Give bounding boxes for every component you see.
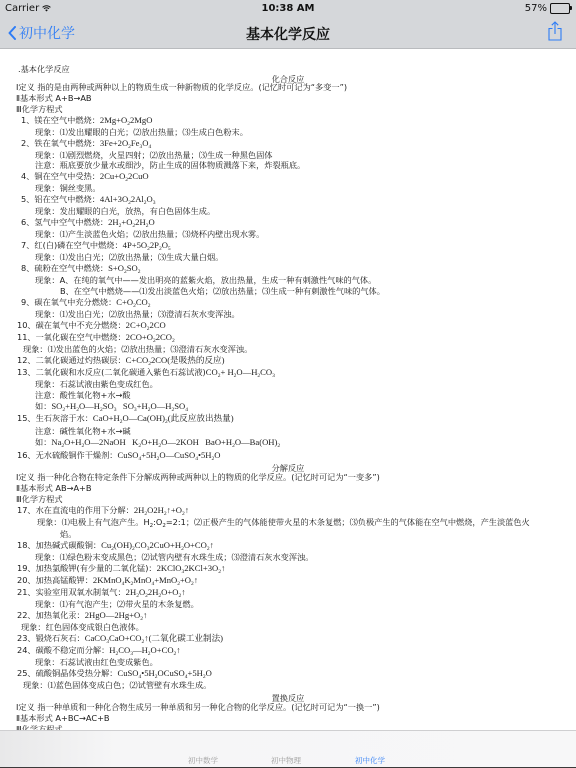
document-line: 2、铁在氧气中燃烧：3Fe+2O2Fe3O4 [21,138,151,149]
line-text: 现象：⑴产生淡蓝色火焰；⑵放出热量；⑶烧杯内壁出现水雾。 [35,229,264,239]
chemical-equation: 2H2O2H2↑+O2↑ [134,505,189,515]
document-line: 现象：⑴发出白光；⑵放出热量；⑶澄清石灰水变浑浊。 [35,309,240,320]
line-text: 4、铜在空气中受热： [21,171,100,181]
battery-percent: 57% [525,3,547,14]
line-text: 18、加热碱式碳酸铜： [17,540,101,550]
line-text: 现象：⑴有气泡产生；⑵带火星的木条复燃。 [35,599,199,609]
document-line: 现象：石蕊试液由红色变成紫色。 [35,657,158,668]
chemical-equation: Cu2(OH)2CO32CuO+H2O+CO2↑ [101,540,214,550]
line-text: 如： [35,401,51,411]
chemical-equation: H2CO3—H2O+CO2↑ [109,645,180,655]
document-line: Ⅰ定义 指一种单质和一种化合物生成另一种单质和另一种化合物的化学反应。(记忆时可… [16,702,380,713]
chemical-equation: 2Mg+O22MgO [100,115,153,125]
line-text: 现象：⑴发出白光；⑵放出热量；⑶生成大量白烟。 [35,252,223,262]
document-line: 11、一氧化碳在空气中燃烧：2CO+O22CO2 [17,332,175,343]
line-text: 15、生石灰溶于水： [17,413,93,423]
document-line: 8、硫粉在空气中燃烧：S+O2SO2 [21,263,140,274]
line-text: 现象：铜丝变黑。 [35,183,101,193]
line-text: 现象：⑴发出耀眼的白光；⑵放出热量；⑶生成白色粉末。 [35,127,248,137]
line-text: 现象：⑴绿色粉末变成黑色；⑵试管内壁有水珠生成；⑶澄清石灰水变浑浊。 [35,552,313,562]
line-text: 注意：瓶底要放少量水或细沙，防止生成的固体物质溅落下来，炸裂瓶底。 [35,160,305,170]
line-text: 17、水在直流电的作用下分解： [17,505,134,515]
document-line: 23、锻烧石灰石：CaCO3CaO+CO2↑(二氧化碳工业制法) [17,633,223,644]
clock: 10:38 AM [0,3,576,14]
document-line: Ⅲ化学方程式 [16,494,63,505]
document-line: 现象：石蕊试液由紫色变成红色。 [35,379,158,390]
share-button[interactable] [548,21,562,45]
line-text: 注意：碱性氧化物+水→碱 [35,426,131,436]
chemical-equation: 4P+5O22P2O5 [123,240,171,250]
line-text: 9、碳在氧气中充分燃烧： [21,297,116,307]
line-text: 13、二氧化碳和水反应(二氧化碳通入紫色石蕊试液) [17,367,206,377]
line-text: 24、碳酸不稳定而分解： [17,645,109,655]
status-bar: Carrier 10:38 AM 57% [0,0,576,18]
chemical-equation: CuSO4+5H2O—CuSO4•5H2O [117,450,220,460]
navigation-bar: 初中化学 基本化学反应 [0,18,576,49]
line-text: 1、镁在空气中燃烧： [21,115,100,125]
document-line: 注意：瓶底要放少量水或细沙，防止生成的固体物质溅落下来，炸裂瓶底。 [35,160,305,171]
line-text: 现象：发出耀眼的白光，放热，有白色固体生成。 [35,206,215,216]
document-line: 现象：⑴电极上有气泡产生。H2:O2=2:1；⑵正极产生的气体能使带火星的木条复… [37,517,530,528]
tab-math[interactable]: 初中数学 [188,755,218,766]
battery-icon [550,3,570,14]
chemical-equation: 4Al+3O22Al2O3 [100,194,156,204]
line-text: 16、无水硫酸铜作干燥剂： [17,450,117,460]
document-line: 现象：⑴绿色粉末变成黑色；⑵试管内壁有水珠生成；⑶澄清石灰水变浑浊。 [35,552,313,563]
line-text: 现象：⑴发出蓝色的火焰；⑵放出热量；⑶澄清石灰水变浑浊。 [23,344,252,354]
line-text: 20、加热高锰酸钾： [17,575,93,585]
line-text: B、在空气中燃烧——⑴发出淡蓝色火焰；⑵放出热量；⑶生成一种有刺激性气味的气体。 [60,286,385,296]
document-line: 现象：发出耀眼的白光，放热，有白色固体生成。 [35,206,215,217]
line-text: 21、实验室用双氧水制氧气： [17,587,126,597]
document-line: 现象：⑴有气泡产生；⑵带火星的木条复燃。 [35,599,199,610]
document-line: Ⅱ基本形式 A+B→AB [16,93,92,104]
document-line: 25、硫酸铜晶体受热分解：CuSO4•5H2OCuSO4+5H2O [17,668,212,679]
document-line: 6、氢气中空气中燃烧：2H2+O22H2O [21,217,155,228]
line-text: Ⅱ基本形式 A+B→AB [16,93,92,103]
line-text: 5、铝在空气中燃烧： [21,194,100,204]
document-line: Ⅰ定义 指的是由两种或两种以上的物质生成一种新物质的化学反应。(记忆时可记为“多… [16,82,347,93]
document-line: B、在空气中燃烧——⑴发出淡蓝色火焰；⑵放出热量；⑶生成一种有刺激性气味的气体。 [60,286,385,297]
page-title: 基本化学反应 [0,24,576,44]
line-text: Ⅱ基本形式 AB→A+B [16,483,92,493]
chemical-equation: CaO+H2O—Ca(OH)2(此反应放出热量) [93,413,234,423]
line-text: Ⅰ定义 指一种化合物在特定条件下分解成两种或两种以上的物质的化学反应。(记忆时可… [16,472,380,482]
line-text: Ⅱ基本形式 A+BC→AC+B [16,713,110,723]
document-line: 注意：酸性氧化物+水→酸 [35,390,131,401]
document-line: 现象：铜丝变黑。 [35,183,101,194]
document-line: 现象：红色固体变成银白色液体。 [21,622,144,633]
document-content[interactable]: .基本化学反应化合反应Ⅰ定义 指的是由两种或两种以上的物质生成一种新物质的化学反… [0,60,576,730]
document-line: 现象：⑴发出耀眼的白光；⑵放出热量；⑶生成白色粉末。 [35,127,248,138]
document-line: 如：SO2+H2O—H2SO3 SO3+H2O—H2SO4 [35,401,188,412]
line-text: 6、氢气中空气中燃烧： [21,217,108,227]
line-text: 7、红(白)磷在空气中燃烧： [21,240,123,250]
share-icon [548,21,562,41]
tab-physics[interactable]: 初中物理 [271,755,301,766]
line-text: 现象：石蕊试液由红色变成紫色。 [35,657,158,667]
chemical-equation: C+O2CO2 [116,297,150,307]
document-line: 1、镁在空气中燃烧：2Mg+O22MgO [21,115,152,126]
document-line: 4、铜在空气中受热：2Cu+O22CuO [21,171,149,182]
document-line: 19、加热氯酸钾(有少量的二氧化锰)：2KClO32KCl+3O2↑ [17,563,225,574]
document-line: 7、红(白)磷在空气中燃烧：4P+5O22P2O5 [21,240,171,251]
chemical-equation: CuSO4•5H2OCuSO4+5H2O [117,668,211,678]
chemical-equation: 2Cu+O22CuO [100,171,149,181]
document-line: 18、加热碱式碳酸铜：Cu2(OH)2CO32CuO+H2O+CO2↑ [17,540,214,551]
chemical-equation: 2KMnO4K2MnO4+MnO2+O2↑ [93,575,198,585]
line-text: Ⅲ化学方程式 [16,494,63,504]
chemical-equation: CO2+ H2O—H2CO3 [206,367,275,377]
chemical-equation: 2KClO32KCl+3O2↑ [157,563,226,573]
line-text: 现象：⑴剧烈燃烧，火星四射；⑵放出热量；⑶生成一种黑色固体 [35,150,272,160]
line-text: Ⅰ定义 指的是由两种或两种以上的物质生成一种新物质的化学反应。(记忆时可记为“多… [16,82,347,92]
document-line: 16、无水硫酸铜作干燥剂：CuSO4+5H2O—CuSO4•5H2O [17,450,220,461]
line-text: 10、碳在氧气中不充分燃烧： [17,320,126,330]
chemical-equation: Na2O+H2O—2NaOH K2O+H2O—2KOH BaO+H2O—Ba(O… [51,437,280,447]
line-text: 22、加热氧化汞： [17,610,85,620]
document-line: 注意：碱性氧化物+水→碱 [35,426,131,437]
line-text: 8、硫粉在空气中燃烧： [21,263,108,273]
document-line: 15、生石灰溶于水：CaO+H2O—Ca(OH)2(此反应放出热量) [17,413,234,424]
chemical-equation: 2H2O22H2O+O2↑ [126,587,186,597]
chemical-equation: SO2+H2O—H2SO3 SO3+H2O—H2SO4 [51,401,188,411]
line-text: 现象：⑴发出白光；⑵放出热量；⑶澄清石灰水变浑浊。 [35,309,240,319]
line-text: 现象：红色固体变成银白色液体。 [21,622,144,632]
line-text: 焰。 [60,529,76,539]
tab-chemistry[interactable]: 初中化学 [355,755,385,766]
line-text: 注意：酸性氧化物+水→酸 [35,390,131,400]
line-text: 现象：⑴蓝色固体变成白色；⑵试管壁有水珠生成。 [23,680,211,690]
document-line: 17、水在直流电的作用下分解：2H2O2H2↑+O2↑ [17,505,189,516]
line-text: 现象：石蕊试液由紫色变成红色。 [35,379,158,389]
line-text: Ⅲ化学方程式 [16,104,63,114]
document-line: 22、加热氧化汞：2HgO—2Hg+O2↑ [17,610,147,621]
document-line: 现象：⑴产生淡蓝色火焰；⑵放出热量；⑶烧杯内壁出现水雾。 [35,229,264,240]
document-line: 24、碳酸不稳定而分解：H2CO3—H2O+CO2↑ [17,645,181,656]
document-line: 现象：⑴发出蓝色的火焰；⑵放出热量；⑶澄清石灰水变浑浊。 [23,344,252,355]
chemical-equation: 3Fe+2O2Fe3O4 [100,138,151,148]
document-line: Ⅰ定义 指一种化合物在特定条件下分解成两种或两种以上的物质的化学反应。(记忆时可… [16,472,380,483]
chemical-equation: 2HgO—2Hg+O2↑ [85,610,148,620]
chemical-equation: CaCO3CaO+CO2↑(二氧化碳工业制法) [85,633,223,643]
document-line: 20、加热高锰酸钾：2KMnO4K2MnO4+MnO2+O2↑ [17,575,198,586]
tab-bar: 初中数学 初中物理 初中化学 [0,730,576,768]
document-line: 如：Na2O+H2O—2NaOH K2O+H2O—2KOH BaO+H2O—Ba… [35,437,280,448]
document-line: 13、二氧化碳和水反应(二氧化碳通入紫色石蕊试液)CO2+ H2O—H2CO3 [17,367,275,378]
chemical-equation: 2H2+O22H2O [108,217,155,227]
chemical-equation: 2CO+O22CO2 [126,332,175,342]
line-text: 23、锻烧石灰石： [17,633,85,643]
document-line: 9、碳在氧气中充分燃烧：C+O2CO2 [21,297,151,308]
line-text: 现象：⑴电极上有气泡产生。H2:O2=2:1；⑵正极产生的气体能使带火星的木条复… [37,517,530,527]
document-line: 5、铝在空气中燃烧：4Al+3O22Al2O3 [21,194,156,205]
line-text: 2、铁在氧气中燃烧： [21,138,100,148]
line-text: 现象：A、在纯的氧气中——发出明亮的蓝紫火焰，放出热量，生成一种有刺激性气味的气… [35,275,376,285]
document-line: Ⅱ基本形式 AB→A+B [16,483,92,494]
chemical-equation: S+O2SO2 [108,263,140,273]
document-line: Ⅱ基本形式 A+BC→AC+B [16,713,110,724]
line-text: 如： [35,437,51,447]
document-line: 现象：⑴发出白光；⑵放出热量；⑶生成大量白烟。 [35,252,223,263]
line-text: 25、硫酸铜晶体受热分解： [17,668,117,678]
document-line: 焰。 [60,529,76,540]
document-line: 12、二氧化碳通过灼热碳层：C+CO22CO(是吸热的反应) [17,355,224,366]
line-text: Ⅰ定义 指一种单质和一种化合物生成另一种单质和另一种化合物的化学反应。(记忆时可… [16,702,380,712]
line-text: .基本化学反应 [18,64,70,74]
document-line: 10、碳在氧气中不充分燃烧：2C+O22CO [17,320,166,331]
chemical-equation: C+CO22CO(是吸热的反应) [126,355,225,365]
line-text: 19、加热氯酸钾(有少量的二氧化锰)： [17,563,157,573]
line-text: 11、一氧化碳在空气中燃烧： [17,332,126,342]
document-line: 21、实验室用双氧水制氧气：2H2O22H2O+O2↑ [17,587,185,598]
document-line: 现象：⑴蓝色固体变成白色；⑵试管壁有水珠生成。 [23,680,211,691]
document-line: Ⅲ化学方程式 [16,104,63,115]
battery-status: 57% [525,3,570,14]
document-line: 现象：A、在纯的氧气中——发出明亮的蓝紫火焰，放出热量，生成一种有刺激性气味的气… [35,275,376,286]
chemical-equation: 2C+O22CO [126,320,166,330]
line-text: 12、二氧化碳通过灼热碳层： [17,355,126,365]
